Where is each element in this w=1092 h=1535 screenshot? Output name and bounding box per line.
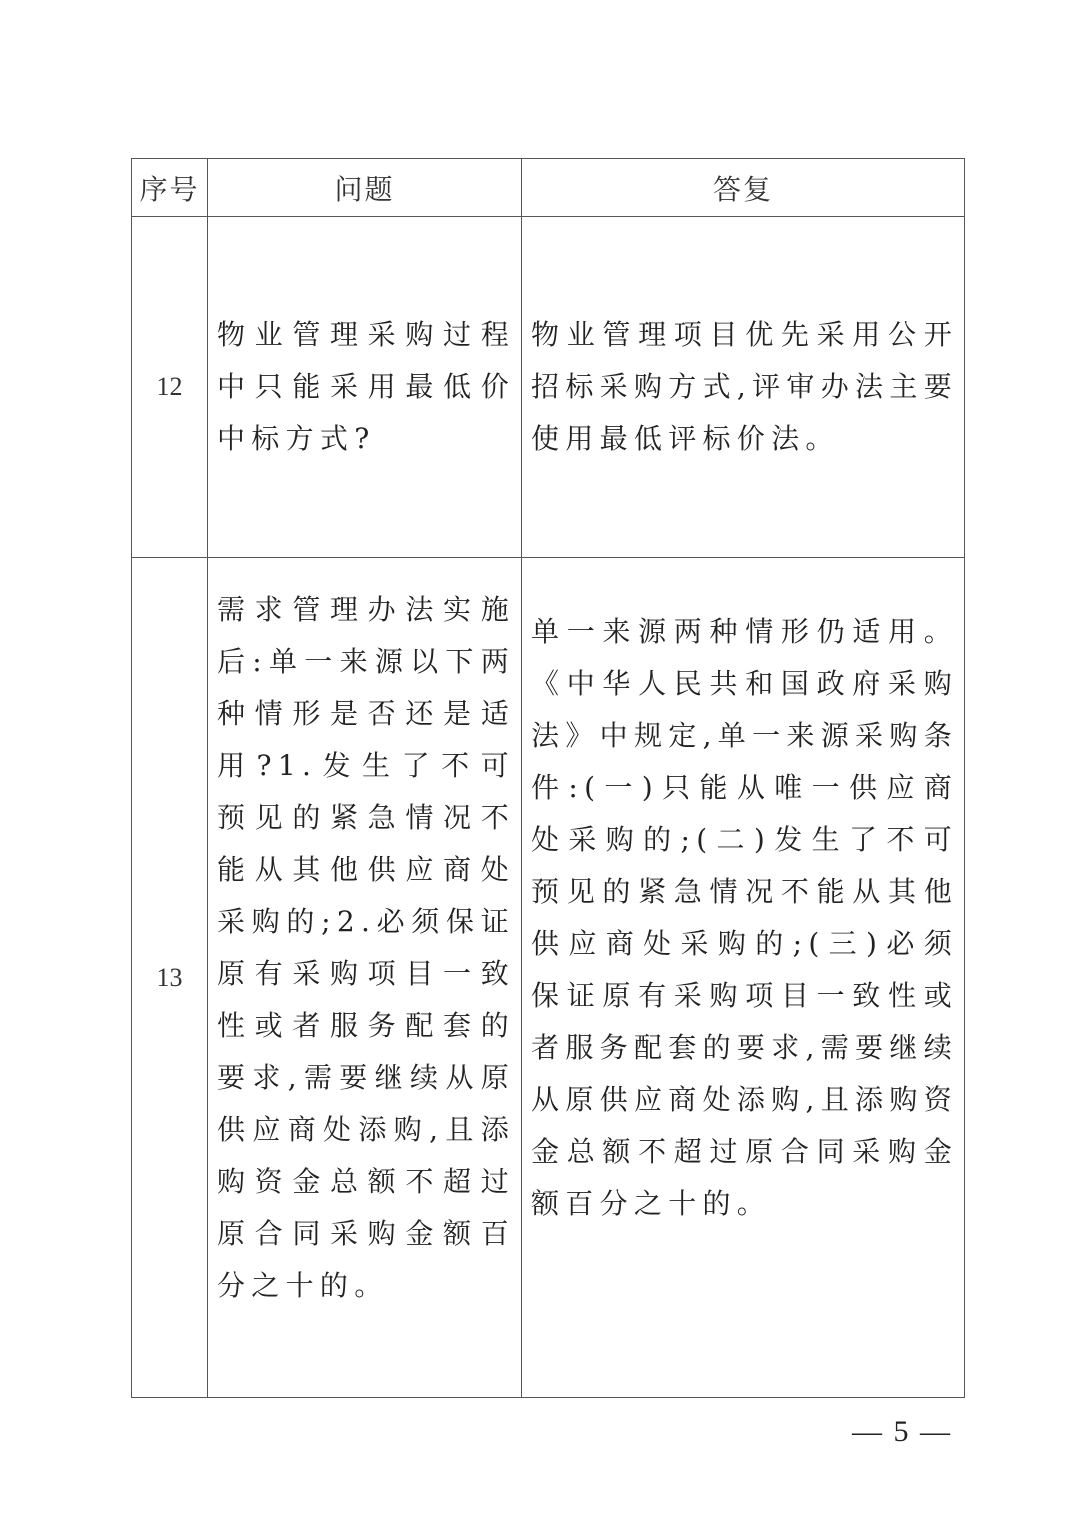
- header-question: 问题: [208, 159, 522, 217]
- question-cell: 需求管理办法实施后:单一来源以下两种情形是否还是适用?1.发生了不可预见的紧急情…: [208, 558, 522, 1398]
- qa-table: 序号 问题 答复 12 物业管理采购过程中只能采用最低价中标方式? 物业管理项目…: [131, 158, 965, 1398]
- header-number: 序号: [132, 159, 208, 217]
- question-cell: 物业管理采购过程中只能采用最低价中标方式?: [208, 217, 522, 558]
- page-number: — 5 —: [852, 1415, 952, 1449]
- table-header-row: 序号 问题 答复: [132, 159, 965, 217]
- row-number: 13: [132, 558, 208, 1398]
- table-row: 12 物业管理采购过程中只能采用最低价中标方式? 物业管理项目优先采用公开招标采…: [132, 217, 965, 558]
- row-number: 12: [132, 217, 208, 558]
- answer-cell: 单一来源两种情形仍适用。《中华人民共和国政府采购法》中规定,单一来源采购条件:(…: [522, 558, 965, 1398]
- header-answer: 答复: [522, 159, 965, 217]
- answer-cell: 物业管理项目优先采用公开招标采购方式,评审办法主要使用最低评标价法。: [522, 217, 965, 558]
- table-row: 13 需求管理办法实施后:单一来源以下两种情形是否还是适用?1.发生了不可预见的…: [132, 558, 965, 1398]
